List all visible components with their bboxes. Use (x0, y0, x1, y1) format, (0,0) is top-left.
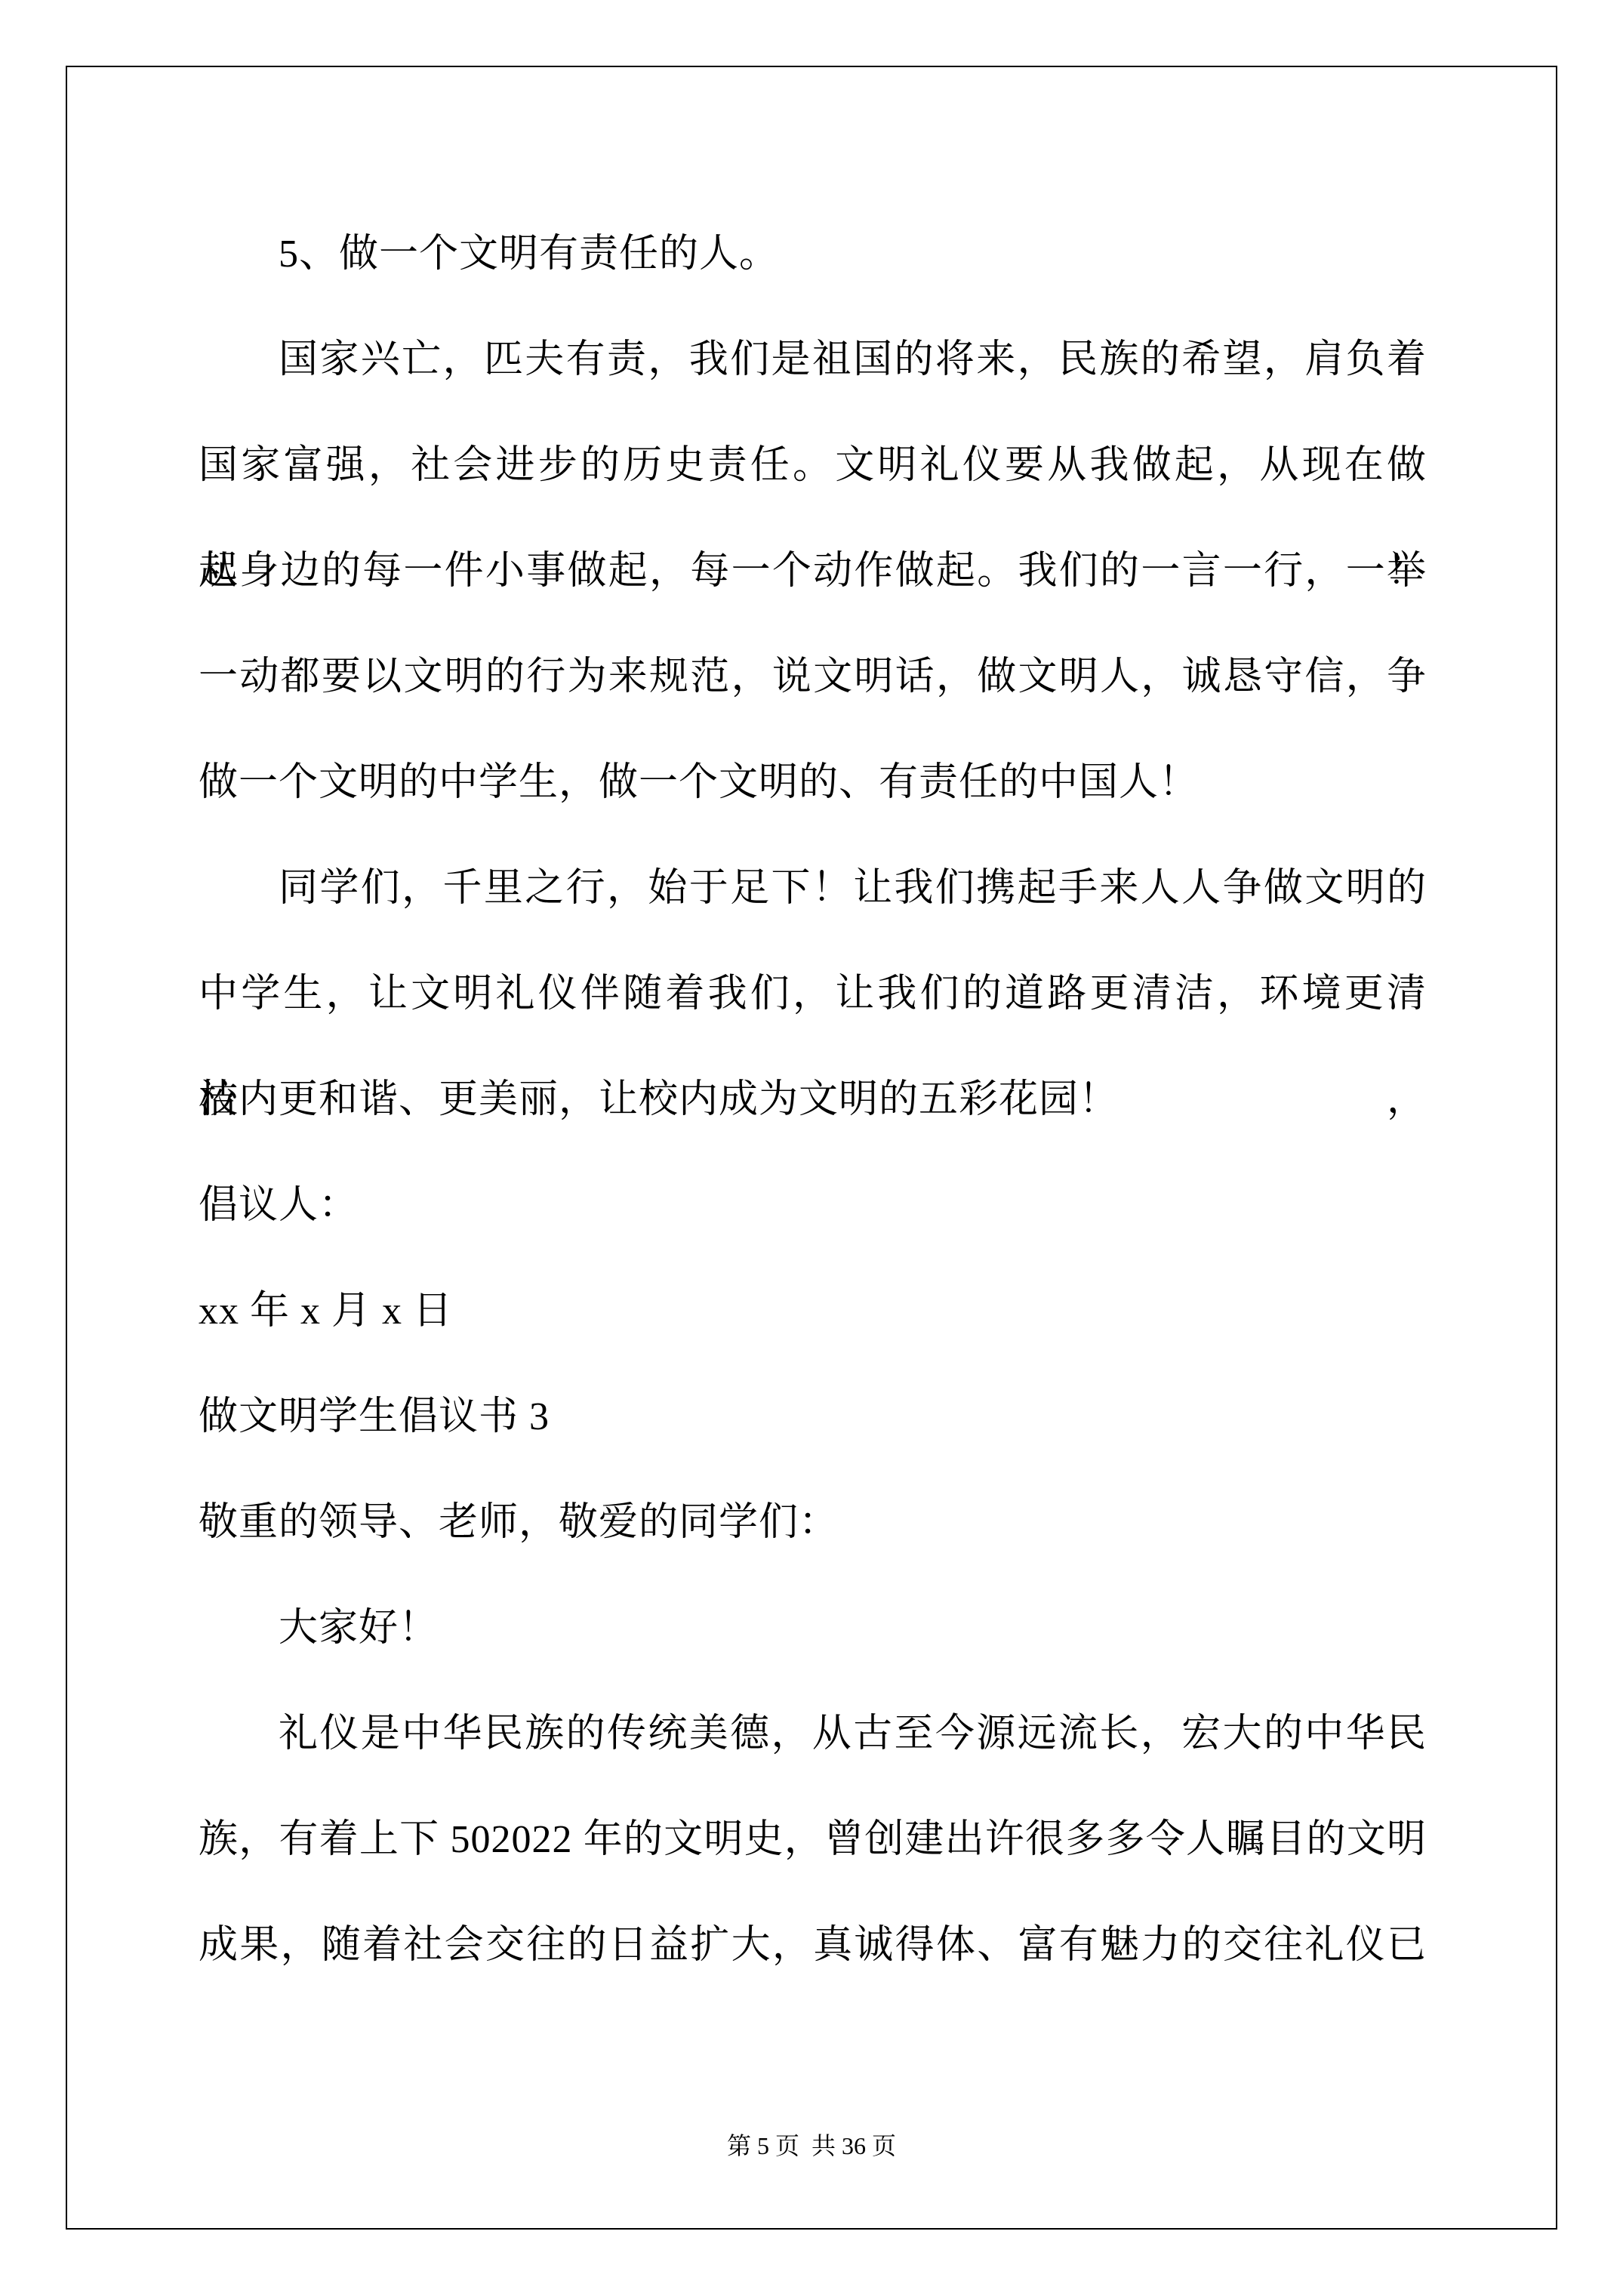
text-line-section-title: 做文明学生倡议书 3 (199, 1364, 1427, 1470)
text-line: 礼仪是中华民族的传统美德，从古至今源远流长，宏大的中华民 (199, 1681, 1427, 1787)
text-line: 从身边的每一件小事做起，每一个动作做起。我们的一言一行，一举 (199, 519, 1427, 624)
text-line: 5、做一个文明有责任的人。 (199, 202, 1427, 307)
document-text-block: 5、做一个文明有责任的人。 国家兴亡，匹夫有责，我们是祖国的将来，民族的希望，肩… (199, 202, 1427, 1999)
document-page: 5、做一个文明有责任的人。 国家兴亡，匹夫有责，我们是祖国的将来，民族的希望，肩… (0, 0, 1623, 2296)
page-footer: 第 5 页 共 36 页 (0, 2123, 1623, 2168)
text-line: 成果，随着社会交往的日益扩大，真诚得体、富有魅力的交往礼仪已 (199, 1893, 1427, 1999)
text-line: 国家富强，社会进步的历史责任。文明礼仪要从我做起，从现在做起！ (199, 413, 1427, 519)
text-line: 大家好！ (199, 1576, 1427, 1681)
text-line: 同学们，千里之行，始于足下！让我们携起手来人人争做文明的 (199, 836, 1427, 942)
text-line-proposer: 倡议人： (199, 1153, 1427, 1259)
text-line: 一动都要以文明的行为来规范，说文明话，做文明人，诚恳守信，争 (199, 624, 1427, 730)
text-line: 族，有着上下 502022 年的文明史，曾创建出许很多多令人瞩目的文明 (199, 1787, 1427, 1893)
text-line-date: xx 年 x 月 x 日 (199, 1259, 1427, 1364)
text-line: 做一个文明的中学生，做一个文明的、有责任的中国人！ (199, 730, 1427, 836)
text-line: 中学生，让文明礼仪伴随着我们，让我们的道路更清洁，环境更清洁， (199, 942, 1427, 1047)
text-line: 国家兴亡，匹夫有责，我们是祖国的将来，民族的希望，肩负着 (199, 307, 1427, 413)
text-line-salutation: 敬重的领导、老师，敬爱的同学们： (199, 1470, 1427, 1576)
